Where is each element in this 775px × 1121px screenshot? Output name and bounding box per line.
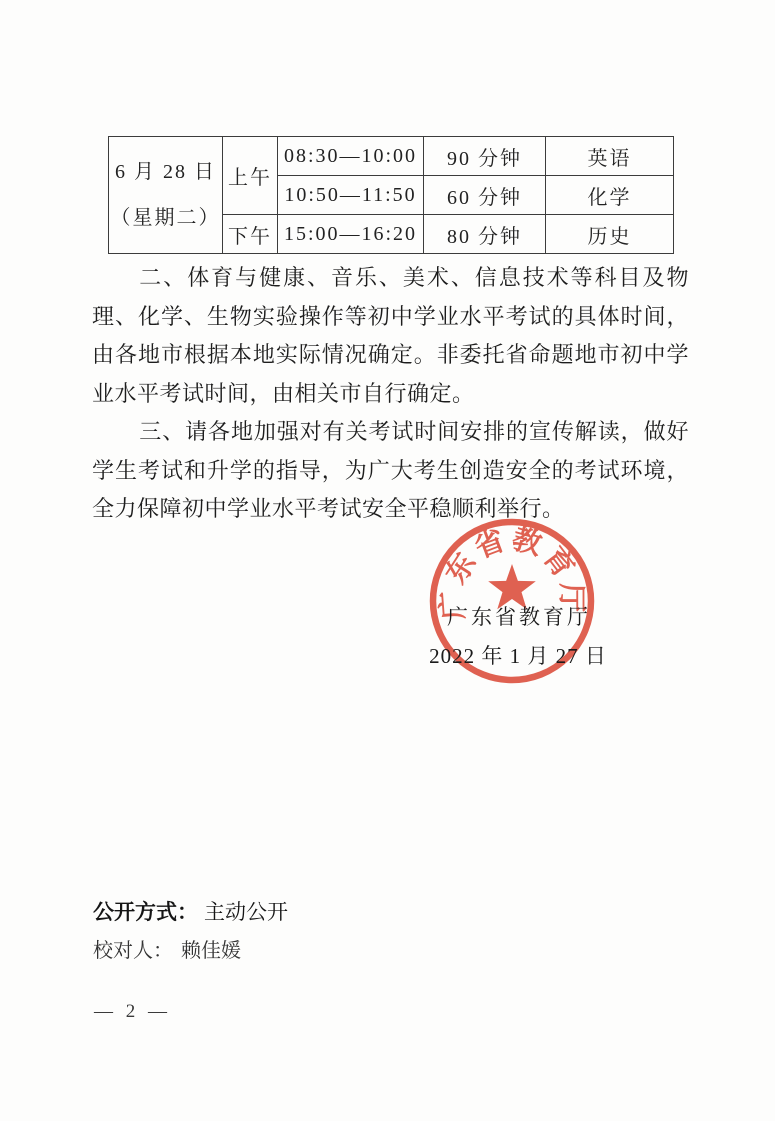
exam-date-line2: （星期二） [109,208,222,228]
paragraph-item-3: 三、请各地加强对有关考试时间安排的宣传解读，做好学生考试和升学的指导，为广大考生… [92,413,689,529]
page-number: — 2 — [94,1001,171,1023]
exam-date-cell: 6 月 28 日 （星期二） [109,137,223,254]
session-cell-afternoon: 下午 [223,215,278,254]
time-cell: 10:50—11:50 [278,176,424,215]
duration-cell: 90 分钟 [424,137,546,176]
subject-cell: 历史 [546,215,674,254]
subject-cell: 化学 [546,176,674,215]
table-row: 6 月 28 日 （星期二） 上午 08:30—10:00 90 分钟 英语 [109,137,674,176]
document-page: 6 月 28 日 （星期二） 上午 08:30—10:00 90 分钟 英语 1… [0,0,775,1121]
disclosure-line: 公开方式：主动公开 [93,896,288,926]
duration-cell: 60 分钟 [424,176,546,215]
body-text: 二、体育与健康、音乐、美术、信息技术等科目及物理、化学、生物实验操作等初中学业水… [92,259,689,529]
proofreader-value: 赖佳媛 [181,940,241,962]
proofreader-line: 校对人：赖佳媛 [93,934,241,963]
subject-cell: 英语 [546,137,674,176]
time-cell: 08:30—10:00 [278,137,424,176]
duration-cell: 80 分钟 [424,215,546,254]
disclosure-label: 公开方式： [93,901,198,924]
disclosure-value: 主动公开 [204,900,288,924]
exam-date-line1: 6 月 28 日 [109,162,222,182]
exam-schedule-table: 6 月 28 日 （星期二） 上午 08:30—10:00 90 分钟 英语 1… [108,136,674,254]
session-cell-morning: 上午 [223,137,278,215]
time-cell: 15:00—16:20 [278,215,424,254]
proofreader-label: 校对人： [93,940,173,962]
signature-date: 2022 年 1 月 27 日 [418,640,618,670]
paragraph-item-2: 二、体育与健康、音乐、美术、信息技术等科目及物理、化学、生物实验操作等初中学业水… [92,259,689,413]
signature-issuer: 广东省教育厅 [433,601,605,631]
